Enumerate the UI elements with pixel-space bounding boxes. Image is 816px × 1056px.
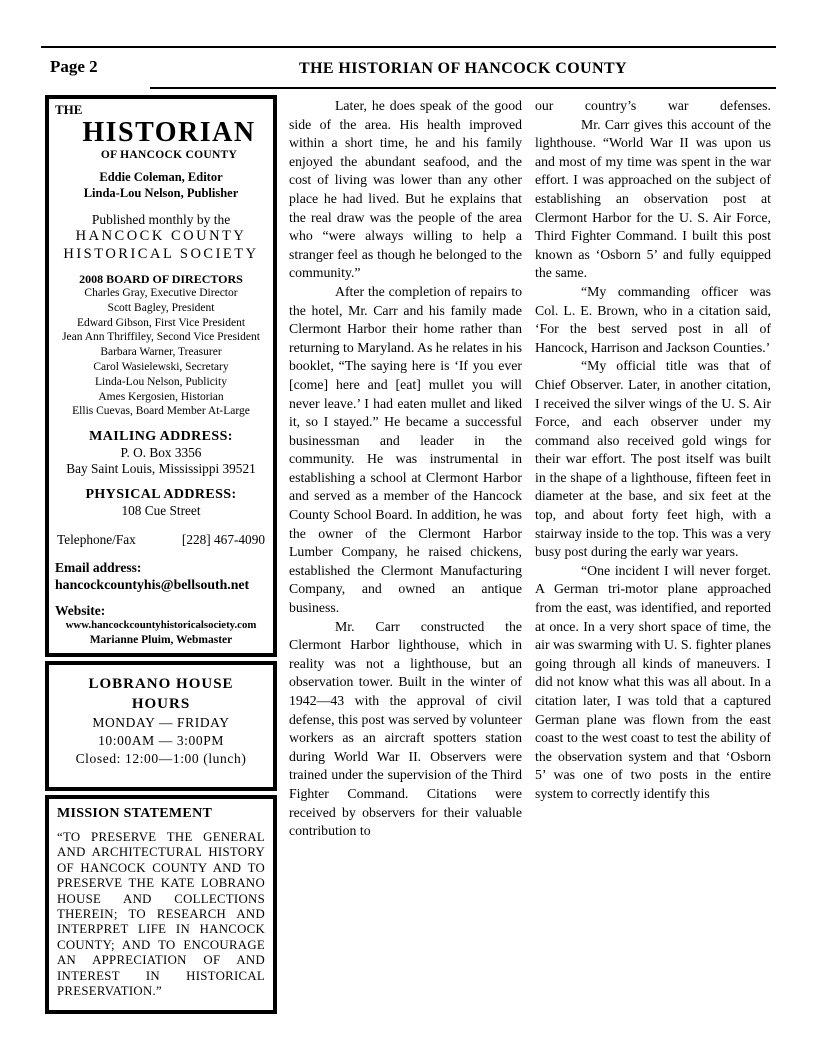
board-member: Barbara Warner, Treasurer (55, 345, 267, 360)
hours-times: 10:00AM — 3:00PM (55, 732, 267, 750)
email-heading: Email address: (55, 560, 267, 576)
masthead-title: HISTORIAN (55, 117, 267, 148)
email-address: hancockcountyhis@bellsouth.net (55, 576, 267, 593)
phone-number: [228] 467-4090 (182, 532, 265, 548)
society-name-line1: HANCOCK COUNTY (55, 228, 267, 246)
newsletter-masthead-title: THE HISTORIAN OF HANCOCK COUNTY (150, 60, 776, 78)
mission-statement-heading: MISSION STATEMENT (57, 805, 265, 822)
article-column-1: Later, he does speak of the good side of… (289, 97, 522, 841)
mailing-address-line: Bay Saint Louis, Mississippi 39521 (55, 461, 267, 477)
phone-label: Telephone/Fax (57, 532, 136, 548)
publisher-credit: Linda-Lou Nelson, Publisher (55, 186, 267, 202)
physical-address-heading: PHYSICAL ADDRESS: (55, 487, 267, 503)
published-by-line: Published monthly by the (55, 211, 267, 228)
hours-days: MONDAY — FRIDAY (55, 714, 267, 732)
mission-statement-text: “TO PRESERVE THE GENERAL AND ARCHITECTUR… (57, 830, 265, 999)
header-top-rule (41, 46, 776, 48)
article-paragraph: Later, he does speak of the good side of… (289, 97, 522, 283)
mailing-address-heading: MAILING ADDRESS: (55, 429, 267, 445)
article-paragraph: “One incident I will never forget. A Ger… (535, 562, 771, 804)
phone-row: Telephone/Fax [228] 467-4090 (55, 532, 267, 548)
website-heading: Website: (55, 603, 267, 619)
website-url: www.hancockcountyhistoricalsociety.com (55, 619, 267, 633)
newsletter-page: Page 2 THE HISTORIAN OF HANCOCK COUNTY T… (0, 0, 816, 1056)
hours-closed-note: Closed: 12:00—1:00 (lunch) (55, 750, 267, 768)
hours-box: LOBRANO HOUSE HOURS MONDAY — FRIDAY 10:0… (45, 661, 277, 791)
board-member: Edward Gibson, First Vice President (55, 316, 267, 331)
board-of-directors-heading: 2008 BOARD OF DIRECTORS (55, 272, 267, 286)
physical-address-line: 108 Cue Street (55, 503, 267, 519)
article-paragraph: Mr. Carr constructed the Clermont Harbor… (289, 618, 522, 841)
board-member: Ellis Cuevas, Board Member At-Large (55, 404, 267, 419)
board-member: Scott Bagley, President (55, 301, 267, 316)
hours-title-line1: LOBRANO HOUSE (55, 674, 267, 694)
masthead-the: THE (55, 103, 267, 117)
article-paragraph: After the completion of repairs to the h… (289, 283, 522, 618)
webmaster-credit: Marianne Pluim, Webmaster (55, 633, 267, 647)
article-paragraph: “My commanding officer was Col. L. E. Br… (535, 283, 771, 357)
article-paragraph: Mr. Carr gives this account of the light… (535, 116, 771, 283)
sidebar: THE HISTORIAN OF HANCOCK COUNTY Eddie Co… (45, 95, 277, 1018)
mission-box: MISSION STATEMENT “TO PRESERVE THE GENER… (45, 795, 277, 1014)
page-number-label: Page 2 (50, 57, 98, 77)
board-member: Charles Gray, Executive Director (55, 286, 267, 301)
article-paragraph: our country’s war defenses. (535, 97, 771, 116)
board-member: Carol Wasielewski, Secretary (55, 360, 267, 375)
article-paragraph: “My official title was that of Chief Obs… (535, 357, 771, 562)
society-name-line2: HISTORICAL SOCIETY (55, 246, 267, 264)
board-member: Linda-Lou Nelson, Publicity (55, 375, 267, 390)
header-bottom-rule (150, 87, 776, 89)
board-member: Ames Kergosien, Historian (55, 390, 267, 405)
hours-title-line2: HOURS (55, 694, 267, 714)
editor-credit: Eddie Coleman, Editor (55, 170, 267, 186)
article-column-2: our country’s war defenses. Mr. Carr giv… (535, 97, 771, 804)
masthead-box: THE HISTORIAN OF HANCOCK COUNTY Eddie Co… (45, 95, 277, 657)
board-member: Jean Ann Thriffiley, Second Vice Preside… (55, 330, 267, 345)
masthead-subtitle: OF HANCOCK COUNTY (55, 148, 267, 162)
mailing-address-line: P. O. Box 3356 (55, 445, 267, 461)
